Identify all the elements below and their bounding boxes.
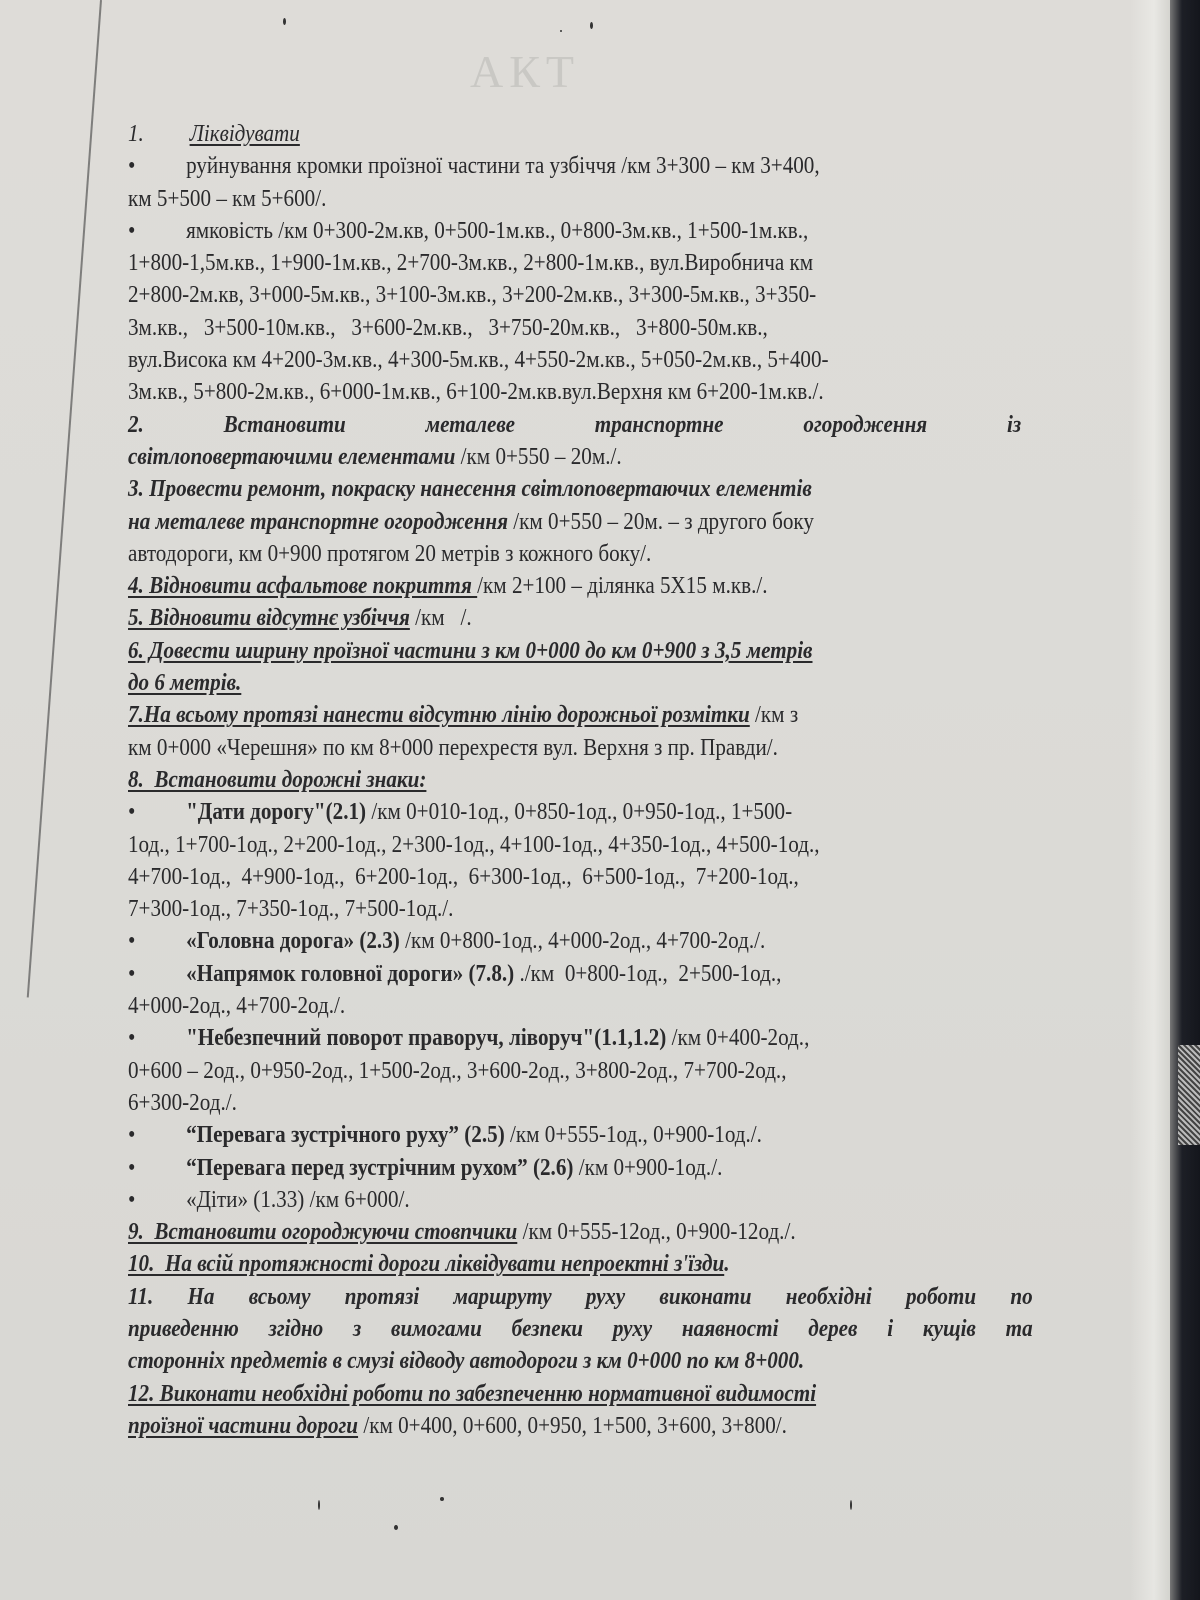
list-item: •«Діти» (1.33) /км 6+000/. xyxy=(128,1184,1033,1216)
item-9-line: 9. Встановити огороджуючи стовпчики /км … xyxy=(128,1216,1033,1248)
perforated-strip xyxy=(1178,1045,1200,1145)
dust-speck xyxy=(394,1525,398,1530)
text-line: 2+800-2м.кв, 3+000-5м.кв., 3+100-3м.кв.,… xyxy=(128,279,1033,311)
word: із xyxy=(1007,409,1021,441)
bullet-icon: • xyxy=(128,958,186,990)
text-line: світлоповертаючими елементами /км 0+550 … xyxy=(128,441,1033,473)
item-7-line: 7.На всьому протязі нанести відсутню лін… xyxy=(128,699,1033,731)
text-line: 7+300-1од., 7+350-1од., 7+500-1од./. xyxy=(128,893,1033,925)
list-item: •“Перевага перед зустрічним рухом” (2.6)… xyxy=(128,1152,1033,1184)
item-11-line: сторонніх предметів в смузі відводу авто… xyxy=(128,1345,1033,1377)
list-item: •«Напрямок головної дороги» (7.8.) ./км … xyxy=(128,958,1033,990)
dust-speck xyxy=(318,1500,320,1510)
background-edge xyxy=(1170,0,1200,1600)
text-line: 3м.кв., 5+800-2м.кв., 6+000-1м.кв., 6+10… xyxy=(128,376,1033,408)
item-12-heading-line: 12. Виконати необхідні роботи по забезпе… xyxy=(128,1378,1033,1410)
bullet-icon: • xyxy=(128,1022,186,1054)
text-line: 6+300-2од./. xyxy=(128,1087,1033,1119)
text-line: автодороги, км 0+900 протягом 20 метрів … xyxy=(128,538,1033,570)
item-11-line: приведенню згідно з вимогами безпеки рух… xyxy=(128,1313,1033,1345)
text-line: 4+700-1од., 4+900-1од., 6+200-1од., 6+30… xyxy=(128,861,1033,893)
text-line: 1од., 1+700-1од., 2+200-1од., 2+300-1од.… xyxy=(128,829,1033,861)
dust-speck xyxy=(850,1500,852,1510)
list-item: •руйнування кромки проїзної частини та у… xyxy=(128,150,1033,182)
item-1-heading-line: 1.Ліквідувати xyxy=(128,118,1033,150)
dust-speck xyxy=(590,22,593,29)
item-number: 2. xyxy=(128,409,144,441)
text-line: вул.Висока км 4+200-3м.кв., 4+300-5м.кв.… xyxy=(128,344,1033,376)
item-8-heading: 8. Встановити дорожні знаки: xyxy=(128,764,1033,796)
item-5-line: 5. Відновити відсутнє узбіччя /км /. xyxy=(128,602,1033,634)
ghost-title: АКТ xyxy=(470,45,580,98)
bullet-icon: • xyxy=(128,215,186,247)
word: металеве xyxy=(426,409,515,441)
word: огородження xyxy=(803,409,927,441)
bullet-icon: • xyxy=(128,1119,186,1151)
bullet-icon: • xyxy=(128,1184,186,1216)
dust-speck xyxy=(283,18,286,25)
bullet-icon: • xyxy=(128,150,186,182)
item-11-line: 11. На всьому протязі маршруту руху вико… xyxy=(128,1281,1033,1313)
item-4-line: 4. Відновити асфальтове покриття /км 2+1… xyxy=(128,570,1033,602)
text-line: 4+000-2од., 4+700-2од./. xyxy=(128,990,1033,1022)
dust-speck xyxy=(560,30,562,32)
list-item: •«Головна дорога» (2.3) /км 0+800-1од., … xyxy=(128,925,1033,957)
page-curl-shadow xyxy=(1130,0,1170,1600)
text-line: 3м.кв., 3+500-10м.кв., 3+600-2м.кв., 3+7… xyxy=(128,312,1033,344)
item-number: 1. xyxy=(128,118,190,150)
list-item: •"Дати дорогу"(2.1) /км 0+010-1од., 0+85… xyxy=(128,796,1033,828)
item-12-line-2: проїзної частини дороги /км 0+400, 0+600… xyxy=(128,1410,1033,1442)
item-6-heading-line: 6. Довести ширину проїзної частини з км … xyxy=(128,635,1033,667)
bullet-icon: • xyxy=(128,925,186,957)
text-line: 1+800-1,5м.кв., 1+900-1м.кв., 2+700-3м.к… xyxy=(128,247,1033,279)
list-item: •ямковість /км 0+300-2м.кв, 0+500-1м.кв.… xyxy=(128,215,1033,247)
item-6-heading-line-2: до 6 метрів. xyxy=(128,667,1033,699)
text-line: км 0+000 «Черешня» по км 8+000 перехрест… xyxy=(128,732,1033,764)
text-line: 0+600 – 2од., 0+950-2од., 1+500-2од., 3+… xyxy=(128,1055,1033,1087)
dust-speck xyxy=(440,1497,444,1501)
text-line: на металеве транспортне огородження /км … xyxy=(128,506,1033,538)
page-edge xyxy=(27,0,102,997)
item-heading: Ліквідувати xyxy=(190,121,300,147)
item-10-line: 10. На всій протяжності дороги ліквідува… xyxy=(128,1248,1033,1280)
word: транспортне xyxy=(595,409,724,441)
bullet-icon: • xyxy=(128,796,186,828)
text-line: км 5+500 – км 5+600/. xyxy=(128,183,1033,215)
list-item: •"Небезпечний поворот праворуч, ліворуч"… xyxy=(128,1022,1033,1054)
list-item: •“Перевага зустрічного руху” (2.5) /км 0… xyxy=(128,1119,1033,1151)
document-page: АКТ 1.Ліквідувати •руйнування кромки про… xyxy=(0,0,1172,1600)
item-3-heading-line: 3. Провести ремонт, покраску нанесення с… xyxy=(128,473,1033,505)
bullet-icon: • xyxy=(128,1152,186,1184)
document-body: 1.Ліквідувати •руйнування кромки проїзно… xyxy=(128,118,1033,1442)
item-2-heading-line: 2. Встановити металеве транспортне огоро… xyxy=(128,409,1021,441)
word: Встановити xyxy=(224,409,346,441)
